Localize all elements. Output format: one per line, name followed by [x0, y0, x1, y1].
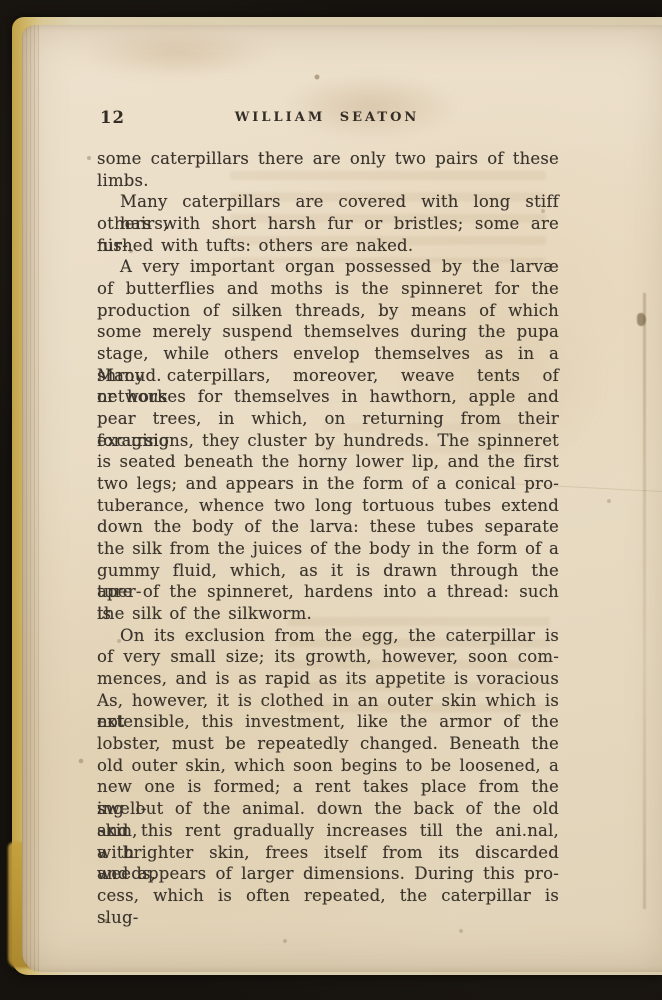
text-line: is seated beneath the horny lower lip, a…	[97, 451, 559, 473]
text-line: A very important organ possessed by the …	[97, 256, 559, 278]
text-line: limbs.	[97, 170, 559, 192]
text-line: of very small size; its growth, however,…	[97, 646, 559, 668]
text-line: a brighter skin, frees itself from its d…	[97, 842, 559, 864]
paper-freckles	[22, 25, 24, 27]
body-text: some caterpillars there are only two pai…	[97, 148, 559, 907]
text-line: and appears of larger dimensions. During…	[97, 863, 559, 885]
text-line: the silk of the silkworm.	[97, 603, 559, 625]
page-header: 12 WILLIAM SEATON	[97, 108, 557, 130]
text-line: gummy fluid, which, as it is drawn throu…	[97, 560, 559, 582]
text-line: the silk from the juices of the body in …	[97, 538, 559, 560]
text-line: extensible, this investment, like the ar…	[97, 711, 559, 733]
text-line: On its exclusion from the egg, the cater…	[97, 625, 559, 647]
text-line: Many caterpillars, moreover, weave tents…	[97, 365, 559, 387]
text-line: some merely suspend themselves during th…	[97, 321, 559, 343]
text-line: lobster, must be repeatedly changed. Ben…	[97, 733, 559, 755]
text-line: down the body of the larva: these tubes …	[97, 516, 559, 538]
text-line: two legs; and appears in the form of a c…	[97, 473, 559, 495]
paper-blemish	[637, 313, 646, 326]
text-line: and this rent gradually increases till t…	[97, 820, 559, 842]
scanned-book-photo: 12 WILLIAM SEATON some caterpillars ther…	[0, 0, 662, 1000]
text-line: of butterflies and moths is the spinnere…	[97, 278, 559, 300]
text-line: pear trees, in which, on returning from …	[97, 408, 559, 430]
text-line: others with short harsh fur or bristles;…	[97, 213, 559, 235]
page-crease	[643, 293, 646, 909]
text-line: As, however, it is clothed in an outer s…	[97, 690, 559, 712]
text-line: or houses for themselves in hawthorn, ap…	[97, 386, 559, 408]
text-line: ture of the spinneret, hardens into a th…	[97, 581, 559, 603]
text-line: nished with tufts: others are naked.	[97, 235, 559, 257]
text-line: some caterpillars there are only two pai…	[97, 148, 559, 170]
paper-stain	[82, 27, 272, 79]
page-edge-striations	[22, 25, 39, 972]
text-line: production of silken threads, by means o…	[97, 300, 559, 322]
text-line: excursions, they cluster by hundreds. Th…	[97, 430, 559, 452]
book-page: 12 WILLIAM SEATON some caterpillars ther…	[22, 25, 662, 972]
text-line: stage, while others envelop themselves a…	[97, 343, 559, 365]
text-line: mences, and is as rapid as its appetite …	[97, 668, 559, 690]
text-line: Many caterpillars are covered with long …	[97, 191, 559, 213]
text-line: new one is formed; a rent takes place fr…	[97, 776, 559, 798]
running-head: WILLIAM SEATON	[97, 110, 557, 125]
text-line: ing out of the animal. down the back of …	[97, 798, 559, 820]
text-line: cess, which is often repeated, the cater…	[97, 885, 559, 907]
text-line: old outer skin, which soon begins to be …	[97, 755, 559, 777]
text-line: tuberance, whence two long tortuous tube…	[97, 495, 559, 517]
